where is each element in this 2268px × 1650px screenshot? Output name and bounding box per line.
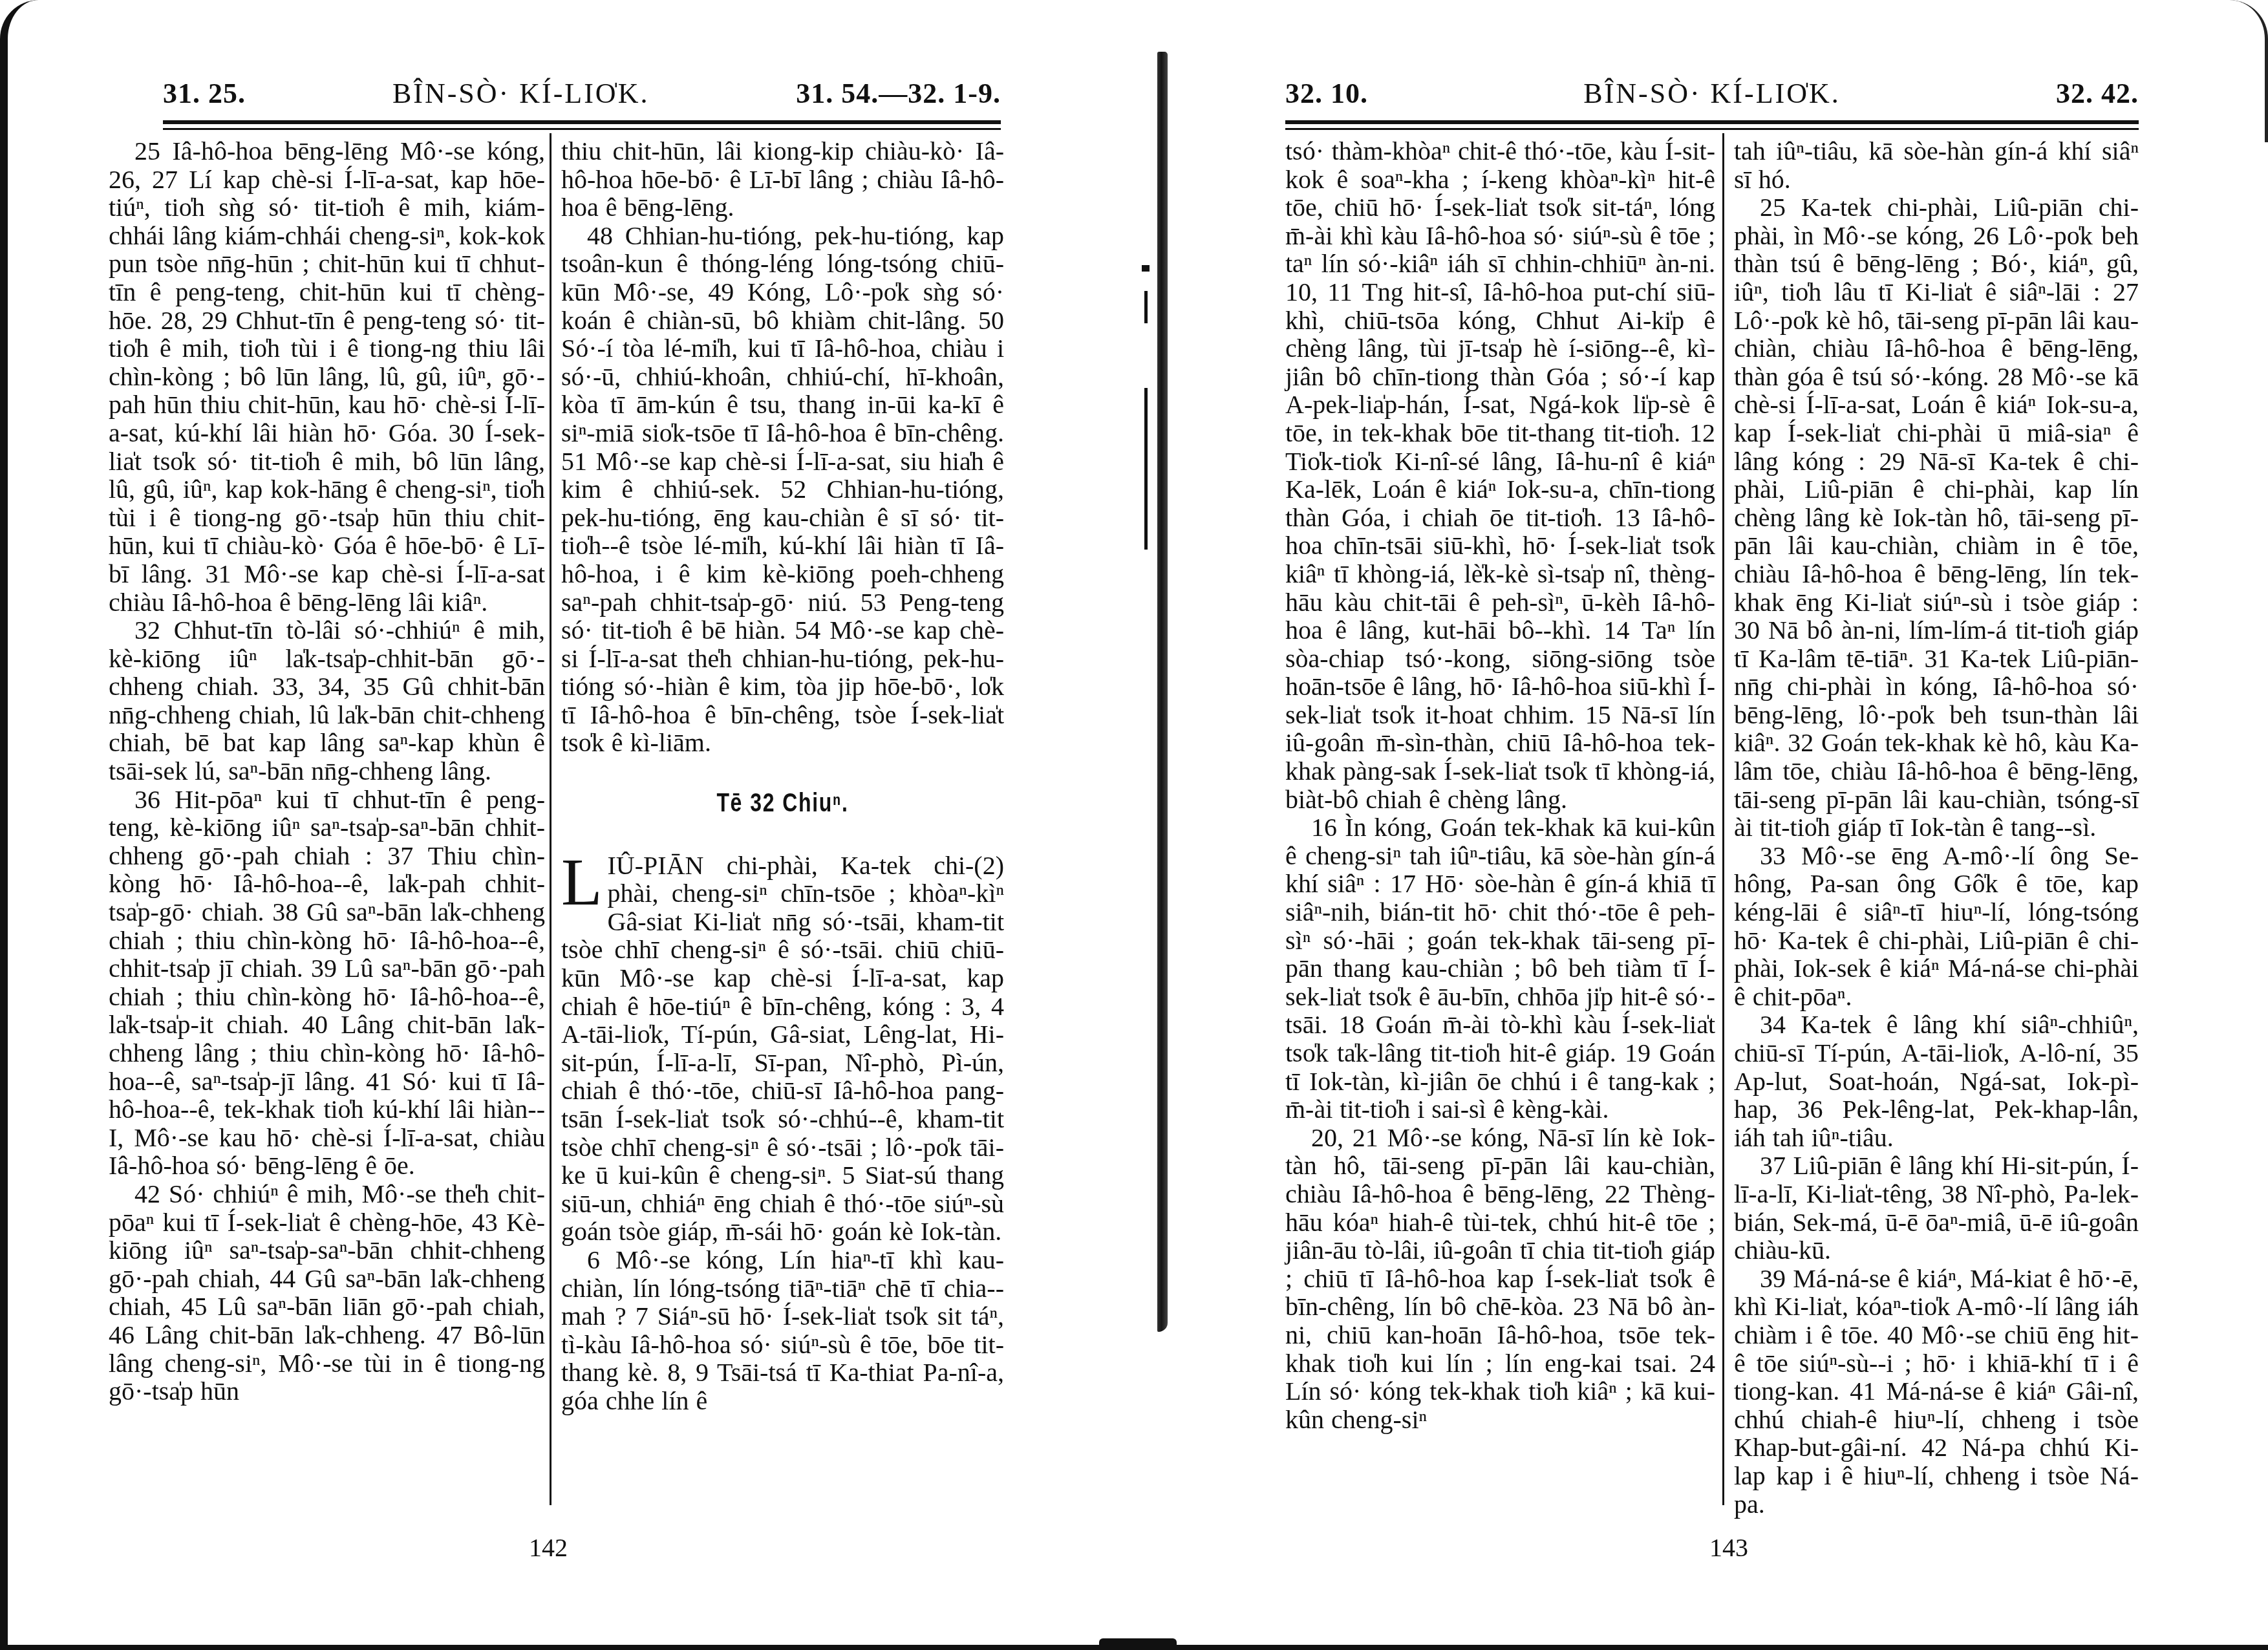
right-page: 32. 10. BÎN-SÒ· KÍ-LIO̍K. 32. 42. tsó· t…	[1134, 0, 2268, 1650]
right-page-header: 32. 10. BÎN-SÒ· KÍ-LIO̍K. 32. 42.	[1285, 65, 2139, 110]
book-bottom-edge	[0, 1645, 2268, 1650]
paragraph: tsó· thàm-khòaⁿ chit-ê thó·-tōe, kàu Í-s…	[1285, 137, 1715, 813]
right-header-title: BÎN-SÒ· KÍ-LIO̍K.	[1583, 77, 1841, 110]
left-page-column-2: thiu chit-hūn, lâi kiong-kip chiàu-kò· I…	[561, 137, 1004, 1415]
paragraph: 36 Hit-pōaⁿ kui tī chhut-tīn ê peng-teng…	[109, 786, 545, 1180]
page-number-left: 142	[529, 1532, 568, 1563]
page-curl-left-edge	[0, 0, 39, 1650]
chapter-opening-paragraph: LIÛ-PIĀN chi-phài, Ka-tek chi-(2) phài, …	[561, 852, 1004, 1246]
paragraph: 6 Mô·-se kóng, Lín hiaⁿ-tī khì kau-chiàn…	[561, 1246, 1004, 1415]
right-page-column-2: tah iûⁿ-tiâu, kā sòe-hàn gín-á khí siâⁿ …	[1734, 137, 2139, 1518]
paragraph: 25 Iâ-hô-hoa bēng-lēng Mô·-se kóng, 26, …	[109, 137, 545, 616]
header-rule-thick	[1285, 120, 2139, 124]
paragraph: tah iûⁿ-tiâu, kā sòe-hàn gín-á khí siâⁿ …	[1734, 137, 2139, 193]
column-divider	[1722, 133, 1724, 1505]
header-rule-thin	[163, 128, 1001, 130]
paragraph: 37 Liû-piān ê lâng khí Hi-sit-pún, Í-lī-…	[1734, 1152, 2139, 1264]
paragraph: 25 Ka-tek chi-phài, Liû-piān chi-phài, ì…	[1734, 193, 2139, 842]
paragraph: 42 Só· chhiúⁿ ê mih, Mô·-se the̍h chit-p…	[109, 1180, 545, 1406]
header-rule-thin	[1285, 128, 2139, 130]
paragraph: 33 Mô·-se ēng A-mô·-lí ông Se-hông, Pa-s…	[1734, 842, 2139, 1011]
paragraph: thiu chit-hūn, lâi kiong-kip chiàu-kò· I…	[561, 137, 1004, 222]
chapter-title: Tē 32 Chiuⁿ.	[606, 789, 960, 818]
left-page: 31. 25. BÎN-SÒ· KÍ-LIO̍K. 31. 54.—32. 1-…	[0, 0, 1134, 1650]
paragraph-text: IÛ-PIĀN chi-phài, Ka-tek chi-(2) phài, c…	[561, 851, 1004, 1247]
left-page-header: 31. 25. BÎN-SÒ· KÍ-LIO̍K. 31. 54.—32. 1-…	[163, 65, 1001, 110]
left-header-title: BÎN-SÒ· KÍ-LIO̍K.	[392, 77, 650, 110]
left-header-left-ref: 31. 25.	[163, 77, 246, 110]
paragraph: 34 Ka-tek ê lâng khí siâⁿ-chhiûⁿ, chiū-s…	[1734, 1011, 2139, 1152]
left-header-right-ref: 31. 54.—32. 1-9.	[796, 77, 1001, 110]
page-number-right: 143	[1709, 1532, 1748, 1563]
column-divider	[550, 133, 551, 1505]
paragraph: 16 Ìn kóng, Goán tek-khak kā kui-kûn ê c…	[1285, 813, 1715, 1124]
paragraph: 32 Chhut-tīn tò-lâi só·-chhiúⁿ ê mih, kè…	[109, 616, 545, 786]
left-page-column-1: 25 Iâ-hô-hoa bēng-lēng Mô·-se kóng, 26, …	[109, 137, 545, 1406]
right-page-column-1: tsó· thàm-khòaⁿ chit-ê thó·-tōe, kàu Í-s…	[1285, 137, 1715, 1433]
right-header-right-ref: 32. 42.	[2056, 77, 2139, 110]
drop-cap: L	[561, 854, 603, 911]
book-spine-bottom	[1099, 1638, 1177, 1645]
paragraph: 39 Má-ná-se ê kiáⁿ, Má-kiat ê hō·-ē, khì…	[1734, 1265, 2139, 1518]
page-curl-right-edge	[2229, 0, 2268, 142]
right-header-left-ref: 32. 10.	[1285, 77, 1368, 110]
paragraph: 20, 21 Mô·-se kóng, Nā-sī lín kè Iok-tàn…	[1285, 1124, 1715, 1434]
header-rule-thick	[163, 120, 1001, 124]
paragraph: 48 Chhian-hu-tióng, pek-hu-tióng, kap ts…	[561, 222, 1004, 757]
